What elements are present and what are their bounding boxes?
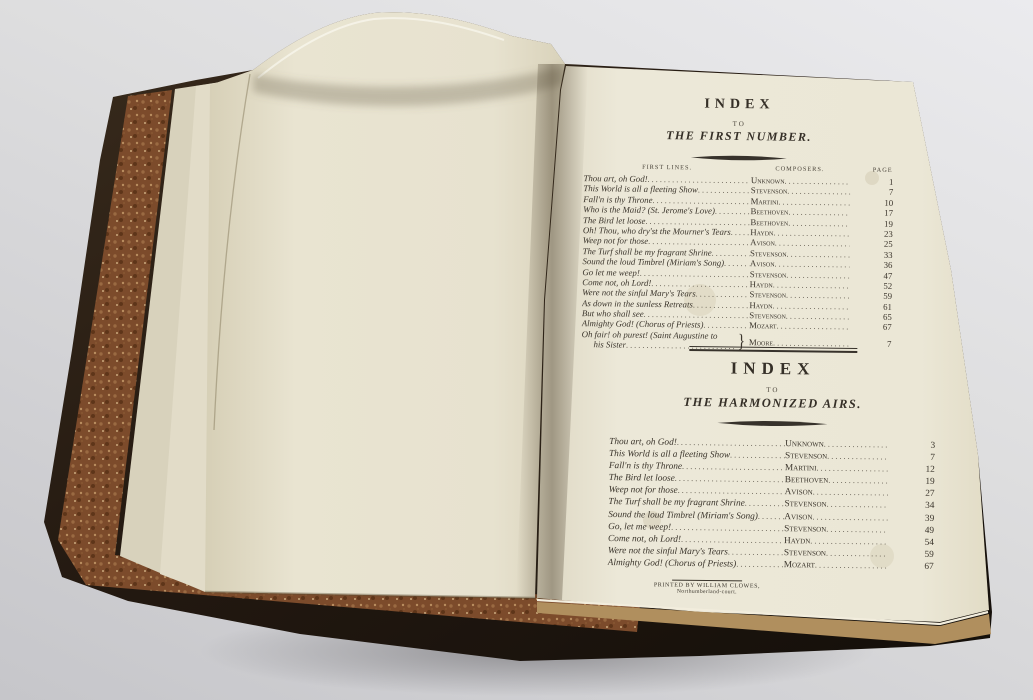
entry-composer: Beethoven: [750, 206, 788, 216]
entry-first-line: Come not, oh Lord!: [582, 277, 651, 288]
dot-leader: [712, 247, 750, 257]
entry-composer: Stevenson: [749, 310, 786, 320]
entry-composer: Unknown: [785, 439, 824, 449]
dot-leader: [644, 309, 750, 320]
entry-composer: Mozart: [784, 560, 815, 570]
entry-composer: Beethoven: [785, 475, 829, 486]
entry-first-line: Almighty God! (Chorus of Priests): [608, 558, 737, 570]
index-subtitle: THE FIRST NUMBER.: [584, 127, 894, 146]
dot-leader: [777, 321, 849, 332]
dot-leader: [651, 278, 749, 289]
entry-page-number: 3: [889, 440, 935, 451]
printer-imprint: PRINTED BY WILLIAM CLOWES, Northumberlan…: [598, 579, 816, 597]
entry-first-line: Fall'n is thy Throne: [609, 461, 682, 472]
dot-leader: [787, 248, 850, 259]
dot-leader: [775, 238, 850, 249]
entry-page-number: 67: [848, 322, 892, 333]
dot-leader: [652, 195, 750, 206]
entry-page-number: 61: [849, 301, 893, 312]
entry-page-number: 12: [889, 465, 935, 476]
dot-leader: [788, 207, 849, 218]
dot-leader: [826, 549, 888, 560]
entry-composer: Stevenson: [784, 524, 826, 535]
entry-first-line: The Bird let loose: [583, 215, 646, 226]
entry-composer: Avison: [784, 512, 812, 522]
entry-first-line: Weep not for those: [583, 235, 649, 246]
dot-leader: [758, 511, 785, 521]
entry-page-number: 7: [889, 453, 935, 464]
entry-composer: Mozart: [749, 321, 777, 331]
entry-first-line: Fall'n is thy Throne: [583, 194, 652, 205]
dot-leader: [786, 311, 849, 322]
entry-first-line: Weep not for those: [609, 485, 678, 496]
entry-composer: Beethoven: [750, 217, 788, 227]
photo-stage: INDEX TO THE FIRST NUMBER. FIRST LINES. …: [0, 0, 1033, 700]
dot-leader: [730, 451, 785, 462]
dot-leader: [786, 269, 849, 280]
entry-first-line: The Bird let loose: [609, 473, 675, 484]
dot-leader: [788, 217, 849, 228]
dot-leader: [682, 462, 785, 473]
entry-first-line: Were not the sinful Mary's Tears: [608, 546, 728, 557]
dot-leader: [785, 176, 851, 187]
index-subtitle: THE HARMONIZED AIRS.: [610, 394, 936, 413]
entry-composer: Haydn: [784, 536, 810, 546]
index-title: INDEX: [610, 357, 936, 381]
dot-leader: [787, 186, 850, 197]
entry-page-number: 19: [850, 218, 894, 229]
entry-composer: Stevenson: [785, 451, 827, 462]
dot-leader: [745, 499, 785, 509]
entry-composer: Avison: [785, 488, 813, 498]
entry-page-number: 7: [850, 187, 894, 198]
dot-leader: [703, 320, 749, 331]
dot-leader: [813, 488, 889, 499]
dot-leader: [816, 464, 889, 475]
entry-composer: Haydn: [750, 227, 773, 237]
entry-first-line: But who shall see: [582, 308, 644, 319]
entry-first-line: Thou art, oh God!: [609, 437, 677, 448]
index-harmonized-section: INDEX TO THE HARMONIZED AIRS. Thou art, …: [608, 342, 937, 574]
double-rule: [689, 346, 857, 353]
dot-leader: [671, 522, 784, 533]
entry-page-number: 33: [849, 249, 893, 260]
entry-page-number: 25: [849, 239, 893, 250]
dot-leader: [647, 174, 750, 185]
dot-leader: [773, 279, 849, 290]
entry-composer: Stevenson: [750, 269, 787, 279]
dot-leader: [815, 560, 888, 571]
dot-leader: [728, 547, 784, 558]
dot-leader: [827, 500, 889, 511]
entry-page-number: 17: [850, 208, 894, 219]
dot-leader: [827, 452, 889, 463]
index-first-number-section: INDEX TO THE FIRST NUMBER. FIRST LINES. …: [581, 90, 894, 355]
entry-first-line: The Turf shall be my fragrant Shrine: [608, 497, 744, 509]
dot-leader: [812, 512, 888, 523]
entry-composer: Avison: [750, 237, 775, 247]
entry-page-number: 39: [889, 513, 935, 524]
dot-leader: [724, 258, 750, 268]
dot-leader: [698, 185, 751, 196]
entry-page-number: 59: [849, 291, 893, 302]
dot-leader: [826, 524, 888, 535]
entry-page-number: 52: [849, 280, 893, 291]
dot-leader: [731, 227, 751, 237]
entry-page-number: 23: [849, 228, 893, 239]
imprint-rule: [672, 580, 742, 582]
entry-composer: Stevenson: [751, 186, 788, 196]
entry-composer: Stevenson: [784, 548, 826, 559]
entry-composer: Stevenson: [784, 500, 826, 511]
entry-page-number: 59: [888, 549, 934, 560]
dot-leader: [693, 299, 750, 310]
dot-leader: [696, 289, 750, 300]
entry-page-number: 36: [849, 259, 893, 270]
entry-page-number: 34: [889, 501, 935, 512]
entry-first-line: Go let me weep!: [582, 267, 640, 278]
entry-page-number: 47: [849, 270, 893, 281]
entry-first-line: This World is all a fleeting Show: [609, 449, 730, 460]
entry-page-number: 65: [848, 311, 892, 322]
entry-first-line: Come not, oh Lord!: [608, 534, 681, 545]
entry-first-line: Go, let me weep!: [608, 522, 671, 533]
entry-first-line: Sound the loud Timbrel (Miriam's Song): [608, 510, 758, 522]
dot-leader: [778, 196, 850, 207]
entry-composer: Martini: [751, 196, 779, 206]
dot-leader: [736, 560, 784, 571]
entry-composer: Martini: [785, 463, 817, 473]
entry-page-number: 54: [888, 537, 934, 548]
column-headers: FIRST LINES. COMPOSERS. PAGE: [584, 163, 894, 174]
entry-composer: Stevenson: [750, 248, 787, 258]
first-lines-header: FIRST LINES.: [584, 163, 751, 172]
dot-leader: [824, 440, 890, 451]
dot-leader: [773, 227, 849, 238]
dot-leader: [775, 259, 850, 270]
entry-composer: Stevenson: [749, 289, 786, 299]
swelled-rule: [717, 419, 827, 427]
dot-leader: [786, 290, 849, 301]
entry-composer: Unknown: [751, 175, 785, 185]
entry-page-number: 19: [889, 477, 935, 488]
dot-leader: [681, 535, 784, 546]
dot-leader: [772, 300, 848, 311]
entry-composer: Avison: [750, 258, 775, 268]
dot-leader: [677, 438, 785, 449]
dot-leader: [810, 536, 888, 547]
entry-first-line: Thou art, oh God!: [583, 173, 647, 184]
entry-page-number: 67: [888, 561, 934, 572]
entry-page-number: 1: [850, 176, 894, 187]
entry-page-number: 49: [888, 525, 934, 536]
dot-leader: [828, 476, 889, 487]
entry-page-number: 10: [850, 197, 894, 208]
page-header: PAGE: [849, 166, 893, 174]
entry-page-number: 27: [889, 489, 935, 500]
entry-composer: Haydn: [750, 279, 773, 289]
dot-leader: [678, 486, 785, 497]
composers-header: COMPOSERS.: [750, 165, 849, 173]
index-entries: Thou art, oh God! Unknown 1 This World i…: [581, 173, 893, 355]
dot-leader: [648, 236, 750, 247]
index-title: INDEX: [584, 95, 894, 115]
dot-leader: [675, 474, 785, 485]
swelled-rule: [691, 154, 787, 161]
entry-composer: Haydn: [749, 300, 772, 310]
index-entries: Thou art, oh God! Unknown 3 This World i…: [608, 437, 936, 574]
dot-leader: [715, 206, 751, 216]
entry-first-line: Almighty God! (Chorus of Priests): [582, 319, 704, 330]
